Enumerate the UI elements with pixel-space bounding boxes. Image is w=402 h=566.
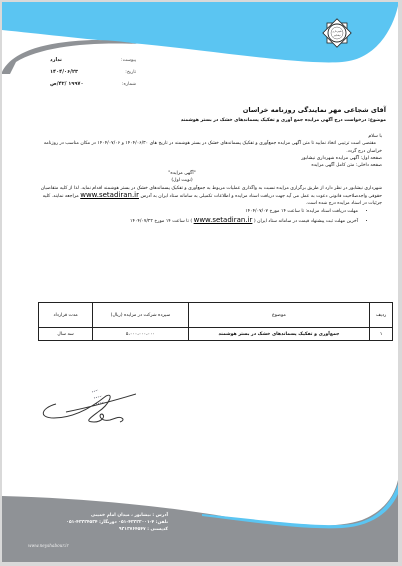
cell-deposit: ۵،۰۰۰،۰۰۰،۰۰۰ bbox=[93, 328, 189, 341]
date-row: تاریخ: ۱۴۰۴/۰۶/۲۳ bbox=[50, 66, 136, 78]
first-page-note: صفحه اول: آگهی مزایده شهرداری نیشابور bbox=[34, 155, 382, 162]
header-subject: موضوع bbox=[188, 303, 369, 328]
deadline-bid: آخرین مهلت ثبت پیشنهاد قیمت در سامانه ست… bbox=[34, 216, 358, 226]
cell-subject: جمع‌آوری و تفکیک پسماندهای خشک در بستر ه… bbox=[188, 328, 369, 341]
table-header-row: ردیف موضوع سپرده شرکت در مزایده (ریال) م… bbox=[39, 303, 393, 328]
notice-round: (نوبت اول) bbox=[34, 177, 330, 184]
table-row: ۱ جمع‌آوری و تفکیک پسماندهای خشک در بستر… bbox=[39, 328, 393, 341]
footer-website[interactable]: www.neyshabour.ir bbox=[28, 543, 69, 548]
setadiran-link[interactable]: www.setadiran.ir bbox=[80, 191, 139, 199]
cell-duration: سه سال bbox=[39, 328, 93, 341]
setadiran-link-2[interactable]: www.setadiran.ir bbox=[194, 216, 253, 224]
footer-postal-code: کدپستی : ۹۳۱۳۷۶۴۵۴۷ bbox=[28, 526, 168, 533]
municipality-seal-icon: شهرداری نیشابور bbox=[320, 16, 354, 50]
cell-row-number: ۱ bbox=[370, 328, 393, 341]
header-row-number: ردیف bbox=[370, 303, 393, 328]
attachment-row: پیوست: ندارد bbox=[50, 54, 136, 66]
number-value: ۱۹۹۷۰ /۴۲/ص bbox=[50, 81, 84, 87]
notice-paragraph: شهرداری نیشابور در نظر دارد از طریق برگز… bbox=[34, 185, 382, 208]
number-label: شماره: bbox=[122, 82, 136, 87]
addressee: آقای شجاعی مهر نمایندگی روزنامه خراسان bbox=[34, 107, 386, 114]
date-value: ۱۴۰۴/۰۶/۲۳ bbox=[50, 69, 78, 75]
header-deposit: سپرده شرکت در مزایده (ریال) bbox=[93, 303, 189, 328]
request-paragraph: مقتضی است ترتیبی اتخاذ نمایید تا متن آگه… bbox=[34, 140, 382, 155]
attachment-label: پیوست: bbox=[121, 58, 136, 63]
greeting: با سلام bbox=[34, 133, 382, 140]
number-row: شماره: ۱۹۹۷۰ /۴۲/ص bbox=[50, 78, 136, 90]
footer-address: آدرس : نیشابور ، میدان امام خمینی bbox=[28, 512, 168, 519]
letter-body: آقای شجاعی مهر نمایندگی روزنامه خراسان م… bbox=[34, 107, 390, 226]
letter-meta: پیوست: ندارد تاریخ: ۱۴۰۴/۰۶/۲۳ شماره: ۱۹… bbox=[50, 54, 136, 90]
tender-table: ردیف موضوع سپرده شرکت در مزایده (ریال) م… bbox=[38, 302, 393, 341]
svg-text:نیشابور: نیشابور bbox=[332, 34, 341, 37]
attachment-value: ندارد bbox=[50, 57, 62, 63]
footer-contact: آدرس : نیشابور ، میدان امام خمینی تلفن: … bbox=[28, 512, 168, 533]
header-duration: مدت قرارداد bbox=[39, 303, 93, 328]
deadline-list: مهلت دریافت اسناد مزایده: تا ساعت ۱۴ مور… bbox=[34, 208, 390, 226]
deadline-bid-text-a: آخرین مهلت ثبت پیشنهاد قیمت در سامانه ست… bbox=[254, 219, 358, 224]
footer-phone: تلفن: ۴-۴۲۲۲۲۰۰۱-۰۵۱ دورنگار: ۴۲۲۲۴۵۳۴-۰… bbox=[28, 519, 168, 526]
inner-page-note: صفحه داخلی: متن کامل آگهی مزایده bbox=[34, 162, 382, 169]
deadline-documents: مهلت دریافت اسناد مزایده: تا ساعت ۱۴ مور… bbox=[34, 208, 358, 216]
date-label: تاریخ: bbox=[125, 70, 136, 75]
deadline-bid-text-b: ) تا ساعت ۱۴ مورخ ۱۴۰۴/۰۷/۲۲ bbox=[130, 219, 192, 224]
signature-icon bbox=[36, 382, 136, 432]
letter-page: شهرداری نیشابور پیوست: ندارد تاریخ: ۱۴۰۴… bbox=[2, 2, 398, 562]
subject-line: موضوع: درخواست درج آگهی مزایده جمع آوری … bbox=[34, 117, 386, 124]
svg-text:شهرداری: شهرداری bbox=[332, 30, 341, 33]
notice-title: "آگهی مزایده" bbox=[34, 170, 330, 177]
